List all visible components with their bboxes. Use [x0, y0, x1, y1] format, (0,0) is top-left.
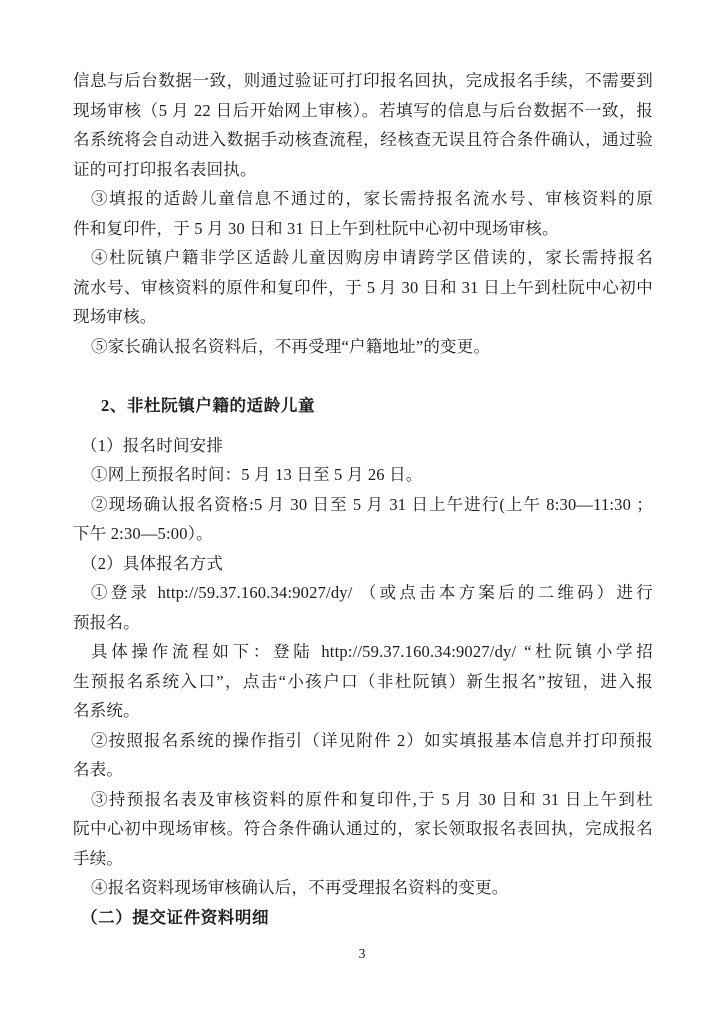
item-circle1-online-time-line-1: ①网上预报名时间：5 月 13 日至 5 月 26 日。	[73, 460, 653, 490]
item-circle3-onsite-review-line-1: ③填报的适龄儿童信息不通过的，家长需持报名流水号、审核资料的原	[73, 184, 653, 214]
item-circle1-login-url-line-1: ①登录 http://59.37.160.34:9027/dy/ （或点击本方案…	[73, 578, 653, 608]
item-circle2-fill-info-line-2: 名表。	[73, 755, 653, 785]
document-page: 信息与后台数据一致，则通过验证可打印报名回执，完成报名手续，不需要到现场审核（5…	[0, 0, 724, 1024]
item-circle1-login-url-line-2: 预报名。	[73, 608, 653, 638]
item-circle4-cross-district-line-3: 现场审核。	[73, 302, 653, 332]
para-procedure-line-3: 名系统。	[73, 696, 653, 726]
item-circle2-onsite-confirm-time-line-1: ②现场确认报名资格:5 月 30 日至 5 月 31 日上午进行(上午 8:30…	[73, 490, 653, 520]
item-circle3-bring-form-line-1: ③持预报名表及审核资料的原件和复印件,于 5 月 30 日和 31 日上午到杜	[73, 785, 653, 815]
item-circle4-cross-district-line-2: 流水号、审核资料的原件和复印件，于 5 月 30 日和 31 日上午到杜阮中心初…	[73, 273, 653, 303]
item-circle3-onsite-review-line-2: 件和复印件，于 5 月 30 日和 31 日上午到杜阮中心初中现场审核。	[73, 214, 653, 244]
heading-section-materials-line-1: （二）提交证件资料明细	[73, 903, 653, 933]
para-procedure-line-1: 具体操作流程如下：登陆 http://59.37.160.34:9027/dy/…	[73, 637, 653, 667]
para-verification-line-1: 信息与后台数据一致，则通过验证可打印报名回执，完成报名手续，不需要到	[73, 66, 653, 96]
subheading-2-method-line-1: （2）具体报名方式	[73, 549, 653, 579]
item-circle3-bring-form-line-2: 阮中心初中现场审核。符合条件确认通过的，家长领取报名表回执，完成报名	[73, 814, 653, 844]
para-verification-line-4: 证的可打印报名表回执。	[73, 155, 653, 185]
document-content: 信息与后台数据一致，则通过验证可打印报名回执，完成报名手续，不需要到现场审核（5…	[73, 66, 653, 932]
item-circle3-bring-form-line-3: 手续。	[73, 844, 653, 874]
para-procedure-line-2: 生预报名系统入口”，点击“小孩户口（非杜阮镇）新生报名”按钮，进入报	[73, 667, 653, 697]
page-number: 3	[0, 944, 724, 964]
heading-section2-nonlocal-children-line-1: 2、非杜阮镇户籍的适龄儿童	[73, 391, 653, 421]
item-circle4-cross-district-line-1: ④杜阮镇户籍非学区适龄儿童因购房申请跨学区借读的，家长需持报名	[73, 243, 653, 273]
subheading-1-schedule-line-1: （1）报名时间安排	[73, 431, 653, 461]
item-circle4-no-material-change-line-1: ④报名资料现场审核确认后，不再受理报名资料的变更。	[73, 873, 653, 903]
item-circle2-fill-info-line-1: ②按照报名系统的操作指引（详见附件 2）如实填报基本信息并打印预报	[73, 726, 653, 756]
item-circle2-onsite-confirm-time-line-2: 下午 2:30—5:00）。	[73, 519, 653, 549]
para-verification-line-3: 名系统将会自动进入数据手动核查流程，经核查无误且符合条件确认，通过验	[73, 125, 653, 155]
para-verification-line-2: 现场审核（5 月 22 日后开始网上审核）。若填写的信息与后台数据不一致，报	[73, 96, 653, 126]
item-circle5-no-address-change-line-1: ⑤家长确认报名资料后，不再受理“户籍地址”的变更。	[73, 332, 653, 362]
